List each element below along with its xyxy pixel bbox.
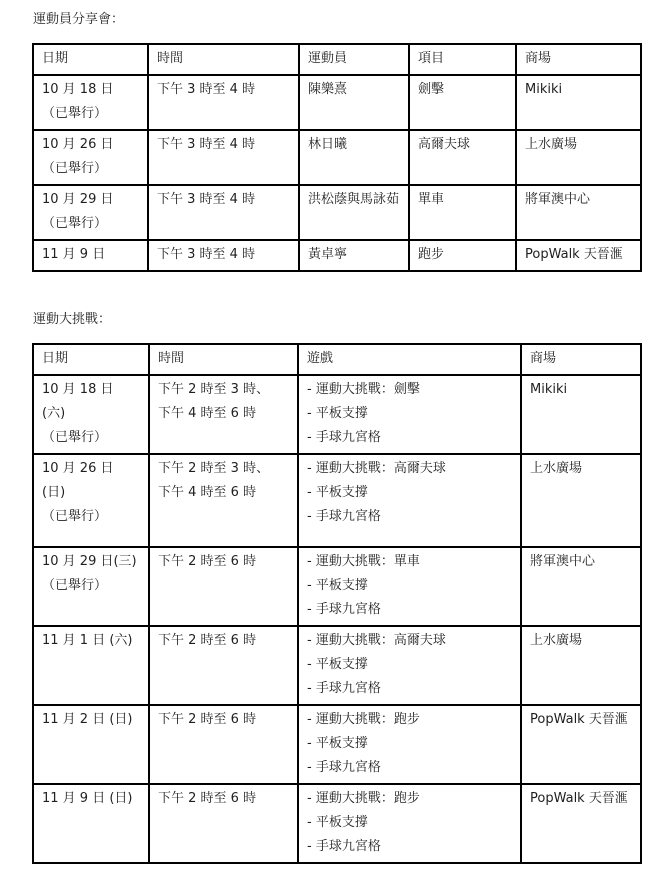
table-row: 10 月 26 日（已舉行）下午 3 時至 4 時林日曦高爾夫球上水廣場 xyxy=(33,130,641,185)
table-row: 11 月 1 日 (六)下午 2 時至 6 時- 運動大挑戰：高爾夫球- 平板支… xyxy=(33,626,641,705)
table-cell: 洪松蔭與馬詠茹 xyxy=(299,185,409,240)
cell-line: - 運動大挑戰：跑步 xyxy=(307,787,512,811)
table-cell: 下午 3 時至 4 時 xyxy=(148,185,299,240)
cell-line: （已舉行） xyxy=(42,157,139,181)
column-header: 項目 xyxy=(409,44,516,75)
cell-line: 單車 xyxy=(418,188,507,212)
table-cell: 下午 2 時至 3 時、下午 4 時至 6 時 xyxy=(149,375,298,454)
cell-line: 10 月 26 日 xyxy=(42,133,139,157)
table-cell: 11 月 9 日 (日) xyxy=(33,784,149,863)
cell-line: - 運動大挑戰：劍擊 xyxy=(307,378,512,402)
cell-line: - 運動大挑戰：跑步 xyxy=(307,708,512,732)
cell-line: - 平板支撐 xyxy=(307,481,512,505)
cell-line: Mikiki xyxy=(525,78,632,102)
table-row: 11 月 9 日 (日)下午 2 時至 6 時- 運動大挑戰：跑步- 平板支撐-… xyxy=(33,784,641,863)
table-cell: 10 月 18 日 (六)（已舉行） xyxy=(33,375,149,454)
table-cell: 跑步 xyxy=(409,240,516,271)
cell-line: （已舉行） xyxy=(42,212,139,236)
document-body: { "page": { "background": "#ffffff", "te… xyxy=(0,0,667,878)
cell-line: 上水廣場 xyxy=(530,629,632,653)
document-page: 運動員分享會： 日期時間運動員項目商場10 月 18 日（已舉行）下午 3 時至… xyxy=(0,0,667,864)
table-cell: 下午 2 時至 3 時、下午 4 時至 6 時 xyxy=(149,454,298,547)
table-row: 10 月 18 日 (六)（已舉行）下午 2 時至 3 時、下午 4 時至 6 … xyxy=(33,375,641,454)
cell-line: - 平板支撐 xyxy=(307,811,512,835)
cell-line: （已舉行） xyxy=(42,574,140,598)
cell-line: 下午 4 時至 6 時 xyxy=(158,402,289,426)
sports-challenge-title: 運動大挑戰： xyxy=(33,310,640,330)
table-cell: Mikiki xyxy=(521,375,641,454)
table-cell: 下午 3 時至 4 時 xyxy=(148,240,299,271)
cell-line: - 平板支撐 xyxy=(307,653,512,677)
cell-line: 上水廣場 xyxy=(525,133,632,157)
cell-line: - 手球九宮格 xyxy=(307,835,512,859)
cell-line: 下午 2 時至 3 時、 xyxy=(158,457,289,481)
table-cell: 上水廣場 xyxy=(521,626,641,705)
column-header: 運動員 xyxy=(299,44,409,75)
table-cell: 將軍澳中心 xyxy=(521,547,641,626)
column-header: 時間 xyxy=(149,344,298,375)
column-header: 日期 xyxy=(33,44,148,75)
table-row: 10 月 29 日（已舉行）下午 3 時至 4 時洪松蔭與馬詠茹單車將軍澳中心 xyxy=(33,185,641,240)
cell-line: 下午 2 時至 6 時 xyxy=(158,787,289,811)
cell-line: - 平板支撐 xyxy=(307,732,512,756)
column-header: 商場 xyxy=(516,44,641,75)
cell-line: 10 月 29 日 xyxy=(42,188,139,212)
table-cell: 單車 xyxy=(409,185,516,240)
table-row: 10 月 26 日 (日)（已舉行）下午 2 時至 3 時、下午 4 時至 6 … xyxy=(33,454,641,547)
table-row: 11 月 2 日 (日)下午 2 時至 6 時- 運動大挑戰：跑步- 平板支撐-… xyxy=(33,705,641,784)
cell-line: 11 月 1 日 (六) xyxy=(42,629,140,653)
cell-line: - 手球九宮格 xyxy=(307,677,512,701)
table-cell: Mikiki xyxy=(516,75,641,130)
cell-line: 下午 2 時至 3 時、 xyxy=(158,378,289,402)
table-cell: 11 月 9 日 xyxy=(33,240,148,271)
table-cell: 林日曦 xyxy=(299,130,409,185)
athlete-sharing-title: 運動員分享會： xyxy=(33,10,640,30)
table-cell: - 運動大挑戰：跑步- 平板支撐- 手球九宮格 xyxy=(298,705,521,784)
table-cell: 高爾夫球 xyxy=(409,130,516,185)
cell-line: 林日曦 xyxy=(308,133,400,157)
cell-line: 下午 3 時至 4 時 xyxy=(157,188,290,212)
table-cell: 下午 2 時至 6 時 xyxy=(149,784,298,863)
cell-line: 10 月 18 日 xyxy=(42,78,139,102)
cell-line: 10 月 26 日 (日) xyxy=(42,457,140,505)
table-cell: 下午 3 時至 4 時 xyxy=(148,130,299,185)
cell-line: 下午 3 時至 4 時 xyxy=(157,78,290,102)
cell-line: 11 月 2 日 (日) xyxy=(42,708,140,732)
table-cell: PopWalk 天晉滙 xyxy=(521,784,641,863)
cell-line: PopWalk 天晉滙 xyxy=(530,708,632,732)
table-cell: PopWalk 天晉滙 xyxy=(516,240,641,271)
table-cell: 下午 2 時至 6 時 xyxy=(149,547,298,626)
cell-line: Mikiki xyxy=(530,378,632,402)
column-header: 商場 xyxy=(521,344,641,375)
cell-line: 11 月 9 日 xyxy=(42,243,139,267)
cell-line: （已舉行） xyxy=(42,102,139,126)
cell-line: 高爾夫球 xyxy=(418,133,507,157)
table-cell: 10 月 29 日(三)（已舉行） xyxy=(33,547,149,626)
cell-line: 下午 4 時至 6 時 xyxy=(158,481,289,505)
header-row: 日期時間運動員項目商場 xyxy=(33,44,641,75)
column-header: 遊戲 xyxy=(298,344,521,375)
cell-line: （已舉行） xyxy=(42,505,140,529)
column-header: 時間 xyxy=(148,44,299,75)
table-cell: - 運動大挑戰：跑步- 平板支撐- 手球九宮格 xyxy=(298,784,521,863)
section-sports-challenge: 運動大挑戰： 日期時間遊戲商場10 月 18 日 (六)（已舉行）下午 2 時至… xyxy=(32,310,640,864)
cell-line: 洪松蔭與馬詠茹 xyxy=(308,188,400,212)
cell-line: PopWalk 天晉滙 xyxy=(525,243,632,267)
table-cell: 11 月 2 日 (日) xyxy=(33,705,149,784)
table-cell: 10 月 18 日（已舉行） xyxy=(33,75,148,130)
cell-line: - 手球九宮格 xyxy=(307,426,512,450)
table-cell: 下午 2 時至 6 時 xyxy=(149,705,298,784)
table-cell: 10 月 26 日 (日)（已舉行） xyxy=(33,454,149,547)
athlete-sharing-table: 日期時間運動員項目商場10 月 18 日（已舉行）下午 3 時至 4 時陳樂熹劍… xyxy=(32,43,642,272)
cell-line: - 手球九宮格 xyxy=(307,756,512,780)
sports-challenge-table: 日期時間遊戲商場10 月 18 日 (六)（已舉行）下午 2 時至 3 時、下午… xyxy=(32,343,642,864)
cell-line: 10 月 18 日 (六) xyxy=(42,378,140,426)
cell-line: 黃卓寧 xyxy=(308,243,400,267)
table-cell: - 運動大挑戰：高爾夫球- 平板支撐- 手球九宮格 xyxy=(298,626,521,705)
cell-line: 下午 3 時至 4 時 xyxy=(157,133,290,157)
cell-line: - 平板支撐 xyxy=(307,574,512,598)
section-athlete-sharing: 運動員分享會： 日期時間運動員項目商場10 月 18 日（已舉行）下午 3 時至… xyxy=(32,10,640,272)
table-cell: 黃卓寧 xyxy=(299,240,409,271)
cell-line: 下午 3 時至 4 時 xyxy=(157,243,290,267)
cell-line: 將軍澳中心 xyxy=(530,550,632,574)
table-cell: 上水廣場 xyxy=(516,130,641,185)
table-row: 10 月 29 日(三)（已舉行）下午 2 時至 6 時- 運動大挑戰：單車- … xyxy=(33,547,641,626)
table-cell: 下午 2 時至 6 時 xyxy=(149,626,298,705)
table-cell: 上水廣場 xyxy=(521,454,641,547)
cell-line: 下午 2 時至 6 時 xyxy=(158,629,289,653)
cell-line: 下午 2 時至 6 時 xyxy=(158,550,289,574)
cell-line: 陳樂熹 xyxy=(308,78,400,102)
cell-line: - 運動大挑戰：高爾夫球 xyxy=(307,629,512,653)
table-row: 11 月 9 日下午 3 時至 4 時黃卓寧跑步PopWalk 天晉滙 xyxy=(33,240,641,271)
table-cell: 劍擊 xyxy=(409,75,516,130)
table-cell: 陳樂熹 xyxy=(299,75,409,130)
cell-line: - 運動大挑戰：單車 xyxy=(307,550,512,574)
table-cell: - 運動大挑戰：高爾夫球- 平板支撐- 手球九宮格 xyxy=(298,454,521,547)
cell-line: PopWalk 天晉滙 xyxy=(530,787,632,811)
table-cell: 11 月 1 日 (六) xyxy=(33,626,149,705)
cell-line: 10 月 29 日(三) xyxy=(42,550,140,574)
cell-line: 上水廣場 xyxy=(530,457,632,481)
cell-line: 11 月 9 日 (日) xyxy=(42,787,140,811)
cell-line: 跑步 xyxy=(418,243,507,267)
cell-line: 下午 2 時至 6 時 xyxy=(158,708,289,732)
table-cell: 10 月 29 日（已舉行） xyxy=(33,185,148,240)
header-row: 日期時間遊戲商場 xyxy=(33,344,641,375)
table-cell: 下午 3 時至 4 時 xyxy=(148,75,299,130)
column-header: 日期 xyxy=(33,344,149,375)
table-cell: - 運動大挑戰：劍擊- 平板支撐- 手球九宮格 xyxy=(298,375,521,454)
cell-line: - 平板支撐 xyxy=(307,402,512,426)
table-cell: 將軍澳中心 xyxy=(516,185,641,240)
table-cell: 10 月 26 日（已舉行） xyxy=(33,130,148,185)
cell-line: （已舉行） xyxy=(42,426,140,450)
cell-line: 劍擊 xyxy=(418,78,507,102)
cell-line: - 運動大挑戰：高爾夫球 xyxy=(307,457,512,481)
table-cell: PopWalk 天晉滙 xyxy=(521,705,641,784)
table-row: 10 月 18 日（已舉行）下午 3 時至 4 時陳樂熹劍擊Mikiki xyxy=(33,75,641,130)
cell-line: - 手球九宮格 xyxy=(307,598,512,622)
cell-line: - 手球九宮格 xyxy=(307,505,512,529)
cell-line: 將軍澳中心 xyxy=(525,188,632,212)
table-cell: - 運動大挑戰：單車- 平板支撐- 手球九宮格 xyxy=(298,547,521,626)
